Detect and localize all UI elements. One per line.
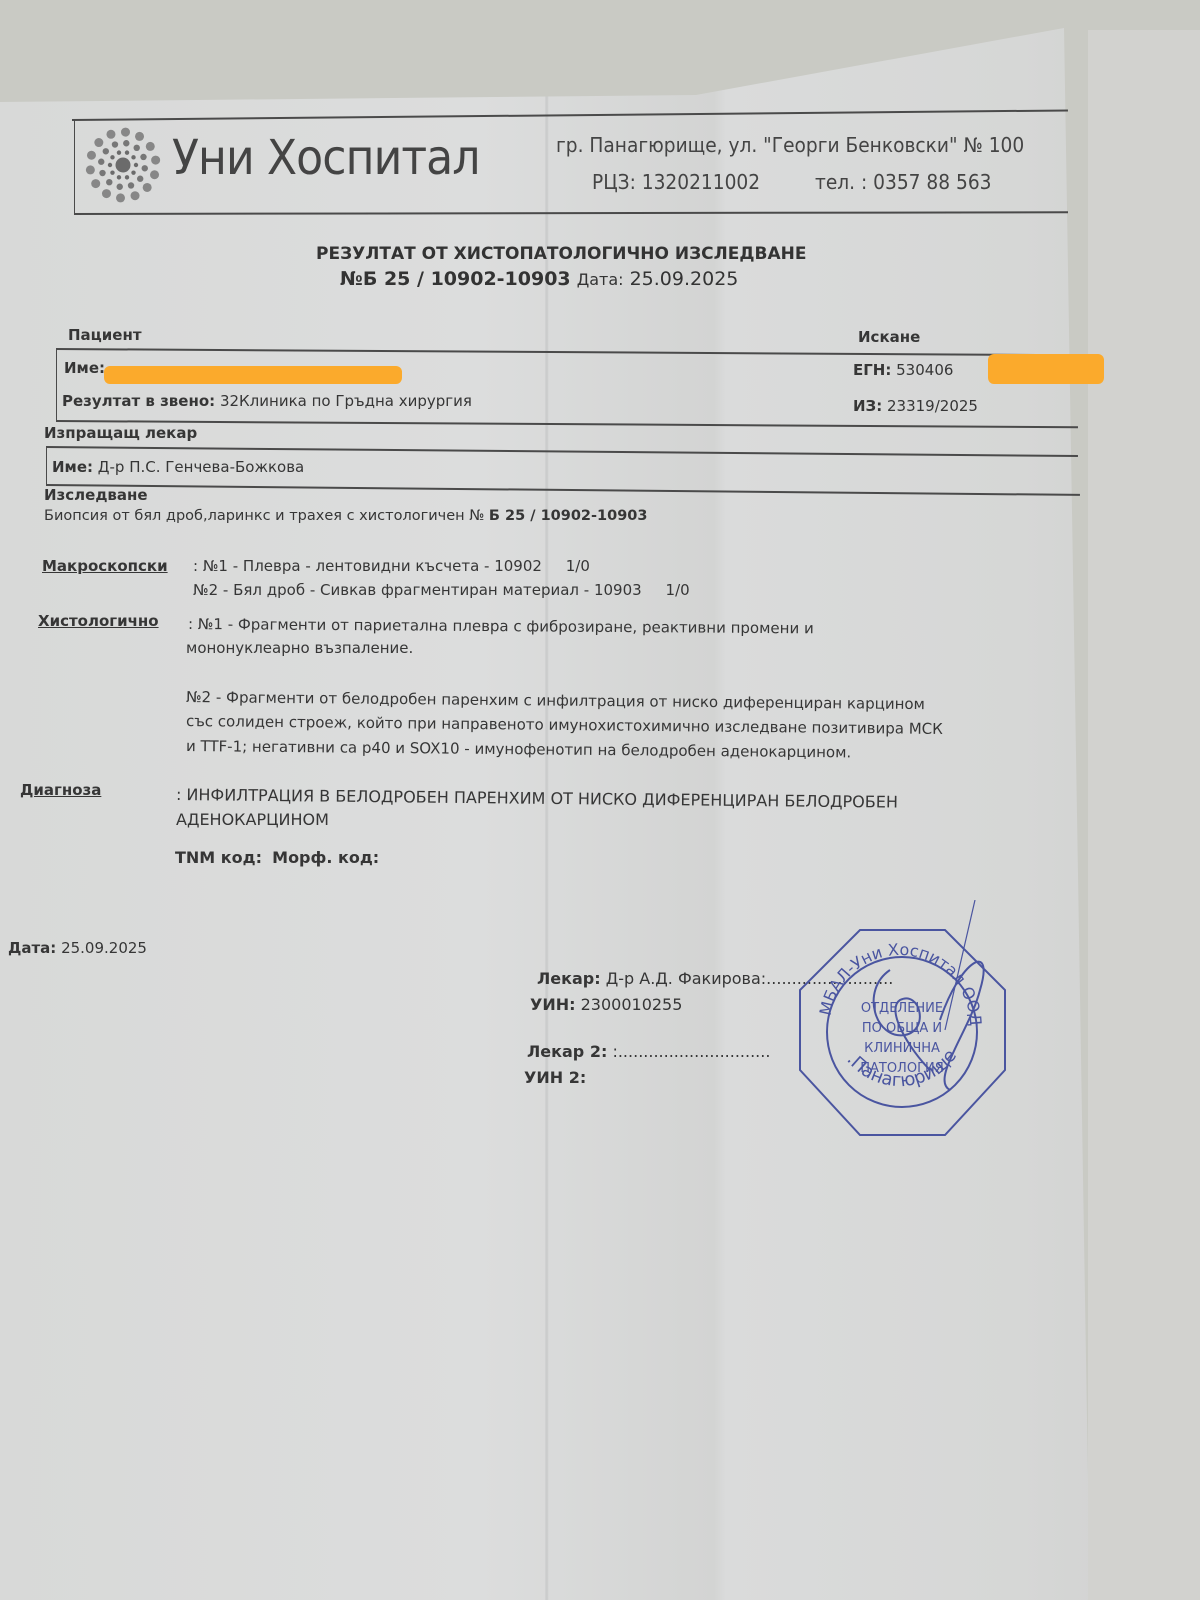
diagnosis-line-2: АДЕНОКАРЦИНОМ xyxy=(176,810,329,829)
uin-value: 2300010255 xyxy=(581,995,683,1014)
patient-name-row: Име: xyxy=(64,359,105,377)
sunburst-dots-logo-icon xyxy=(80,122,166,208)
uin2-label: УИН 2: xyxy=(524,1068,586,1087)
document-title: РЕЗУЛТАТ ОТ ХИСТОПАТОЛОГИЧНО ИЗСЛЕДВАНЕ xyxy=(316,244,806,264)
histology-item1-line-2: мононуклеарно възпаление. xyxy=(186,639,413,657)
referring-box-left xyxy=(46,446,47,486)
document-date-label: Дата: xyxy=(577,270,624,289)
svg-text:КЛИНИЧНА: КЛИНИЧНА xyxy=(864,1041,940,1056)
macroscopic-line-1: : №1 - Плевра - лентовидни късчета - 109… xyxy=(193,557,590,575)
hospital-stamp-icon: МБАЛ-Уни Хоспитал ООД .Панагюрище ОТДЕЛЕ… xyxy=(780,900,1020,1150)
patient-box-top xyxy=(56,348,1078,356)
histology-label: Хистологично xyxy=(38,612,159,630)
patient-unit-value: 32Клиника по Гръдна хирургия xyxy=(220,392,472,410)
patient-section-label: Пациент xyxy=(68,326,142,344)
patient-unit-label: Резултат в звено: xyxy=(62,392,215,410)
examination-label: Изследване xyxy=(44,486,148,504)
diagnosis-line-1: : ИНФИЛТРАЦИЯ В БЕЛОДРОБЕН ПАРЕНХИМ ОТ Н… xyxy=(176,785,898,812)
svg-text:ПАТОЛОГИЯ: ПАТОЛОГИЯ xyxy=(860,1061,944,1076)
svg-text:ПО ОБЩА И: ПО ОБЩА И xyxy=(862,1021,942,1036)
header-bottom-rule xyxy=(74,211,1068,215)
patient-unit-row: Резултат в звено: 32Клиника по Гръдна хи… xyxy=(62,392,472,410)
referring-box-top xyxy=(46,446,1078,457)
morph-code-label: Морф. код: xyxy=(272,848,379,867)
document-number-line: №Б 25 / 10902-10903 Дата: 25.09.2025 xyxy=(340,268,738,290)
examination-number: Б 25 / 10902-10903 xyxy=(489,508,648,524)
uin-label: УИН: xyxy=(530,995,576,1014)
document-date: 25.09.2025 xyxy=(630,268,739,290)
referring-doctor-row: Име: Д-р П.С. Генчева-Божкова xyxy=(52,458,304,476)
request-section-label: Искане xyxy=(858,328,920,346)
doctor2-label: Лекар 2: xyxy=(527,1042,607,1061)
hospital-address: гр. Панагюрище, ул. "Георги Бенковски" №… xyxy=(556,133,1024,157)
header-left-border xyxy=(74,120,75,214)
examination-description: Биопсия от бял дроб,ларинкс и трахея с х… xyxy=(44,508,484,524)
examination-text: Биопсия от бял дроб,ларинкс и трахея с х… xyxy=(44,508,648,524)
header-top-rule xyxy=(72,109,1068,121)
iz-label: ИЗ: xyxy=(853,397,882,415)
histology-item2-line-1: №2 - Фрагменти от белодробен паренхим с … xyxy=(186,688,925,713)
diagnosis-label: Диагноза xyxy=(20,781,101,799)
egn-redaction xyxy=(988,354,1104,384)
macroscopic-label: Макроскопски xyxy=(42,557,168,575)
codes-row: TNM код: Морф. код: xyxy=(175,848,379,867)
footer-date-label: Дата: xyxy=(8,939,56,957)
patient-box-left xyxy=(56,348,57,420)
egn-label: ЕГН: xyxy=(853,361,891,379)
footer-date: 25.09.2025 xyxy=(61,939,147,957)
uin2-row: УИН 2: xyxy=(524,1068,586,1087)
rcz-code: РЦЗ: 1320211002 xyxy=(592,170,760,194)
patient-box-bottom xyxy=(56,420,1078,428)
referring-doctor-name: Д-р П.С. Генчева-Божкова xyxy=(98,458,304,476)
histology-item1-line-1: : №1 - Фрагменти от париетална плевра с … xyxy=(188,615,814,637)
document-number: №Б 25 / 10902-10903 xyxy=(340,268,571,290)
histology-item2-line-3: и TTF-1; негативни са р40 и SOX10 - имун… xyxy=(186,737,851,761)
doctor2-row: Лекар 2: :.............................. xyxy=(527,1042,770,1061)
iz-value: 23319/2025 xyxy=(887,397,978,415)
referring-doctor-label: Изпращащ лекар xyxy=(44,424,197,442)
iz-row: ИЗ: 23319/2025 xyxy=(853,397,978,415)
histopathology-report: Уни Хоспитал гр. Панагюрище, ул. "Георги… xyxy=(0,0,1200,1600)
footer-date-row: Дата: 25.09.2025 xyxy=(8,939,147,957)
doctor-label: Лекар: xyxy=(537,969,601,988)
tnm-code-label: TNM код: xyxy=(175,848,262,867)
svg-text:ОТДЕЛЕНИЕ: ОТДЕЛЕНИЕ xyxy=(861,1001,943,1016)
histology-item2-line-2: със солиден строеж, който при направенот… xyxy=(186,712,943,738)
uin-row: УИН: 2300010255 xyxy=(530,995,682,1014)
referring-doctor-name-label: Име: xyxy=(52,458,93,476)
doctor2-value: :.............................. xyxy=(612,1042,770,1061)
patient-name-redaction xyxy=(104,366,402,384)
referring-box-bottom xyxy=(46,484,1080,496)
brand-name: Уни Хоспитал xyxy=(172,130,480,186)
hospital-phone: тел. : 0357 88 563 xyxy=(815,170,992,194)
patient-name-label: Име: xyxy=(64,359,105,377)
macroscopic-line-2: №2 - Бял дроб - Сивкав фрагментиран мате… xyxy=(193,581,690,599)
egn-value: 530406 xyxy=(896,361,953,379)
egn-row: ЕГН: 530406 xyxy=(853,361,953,379)
